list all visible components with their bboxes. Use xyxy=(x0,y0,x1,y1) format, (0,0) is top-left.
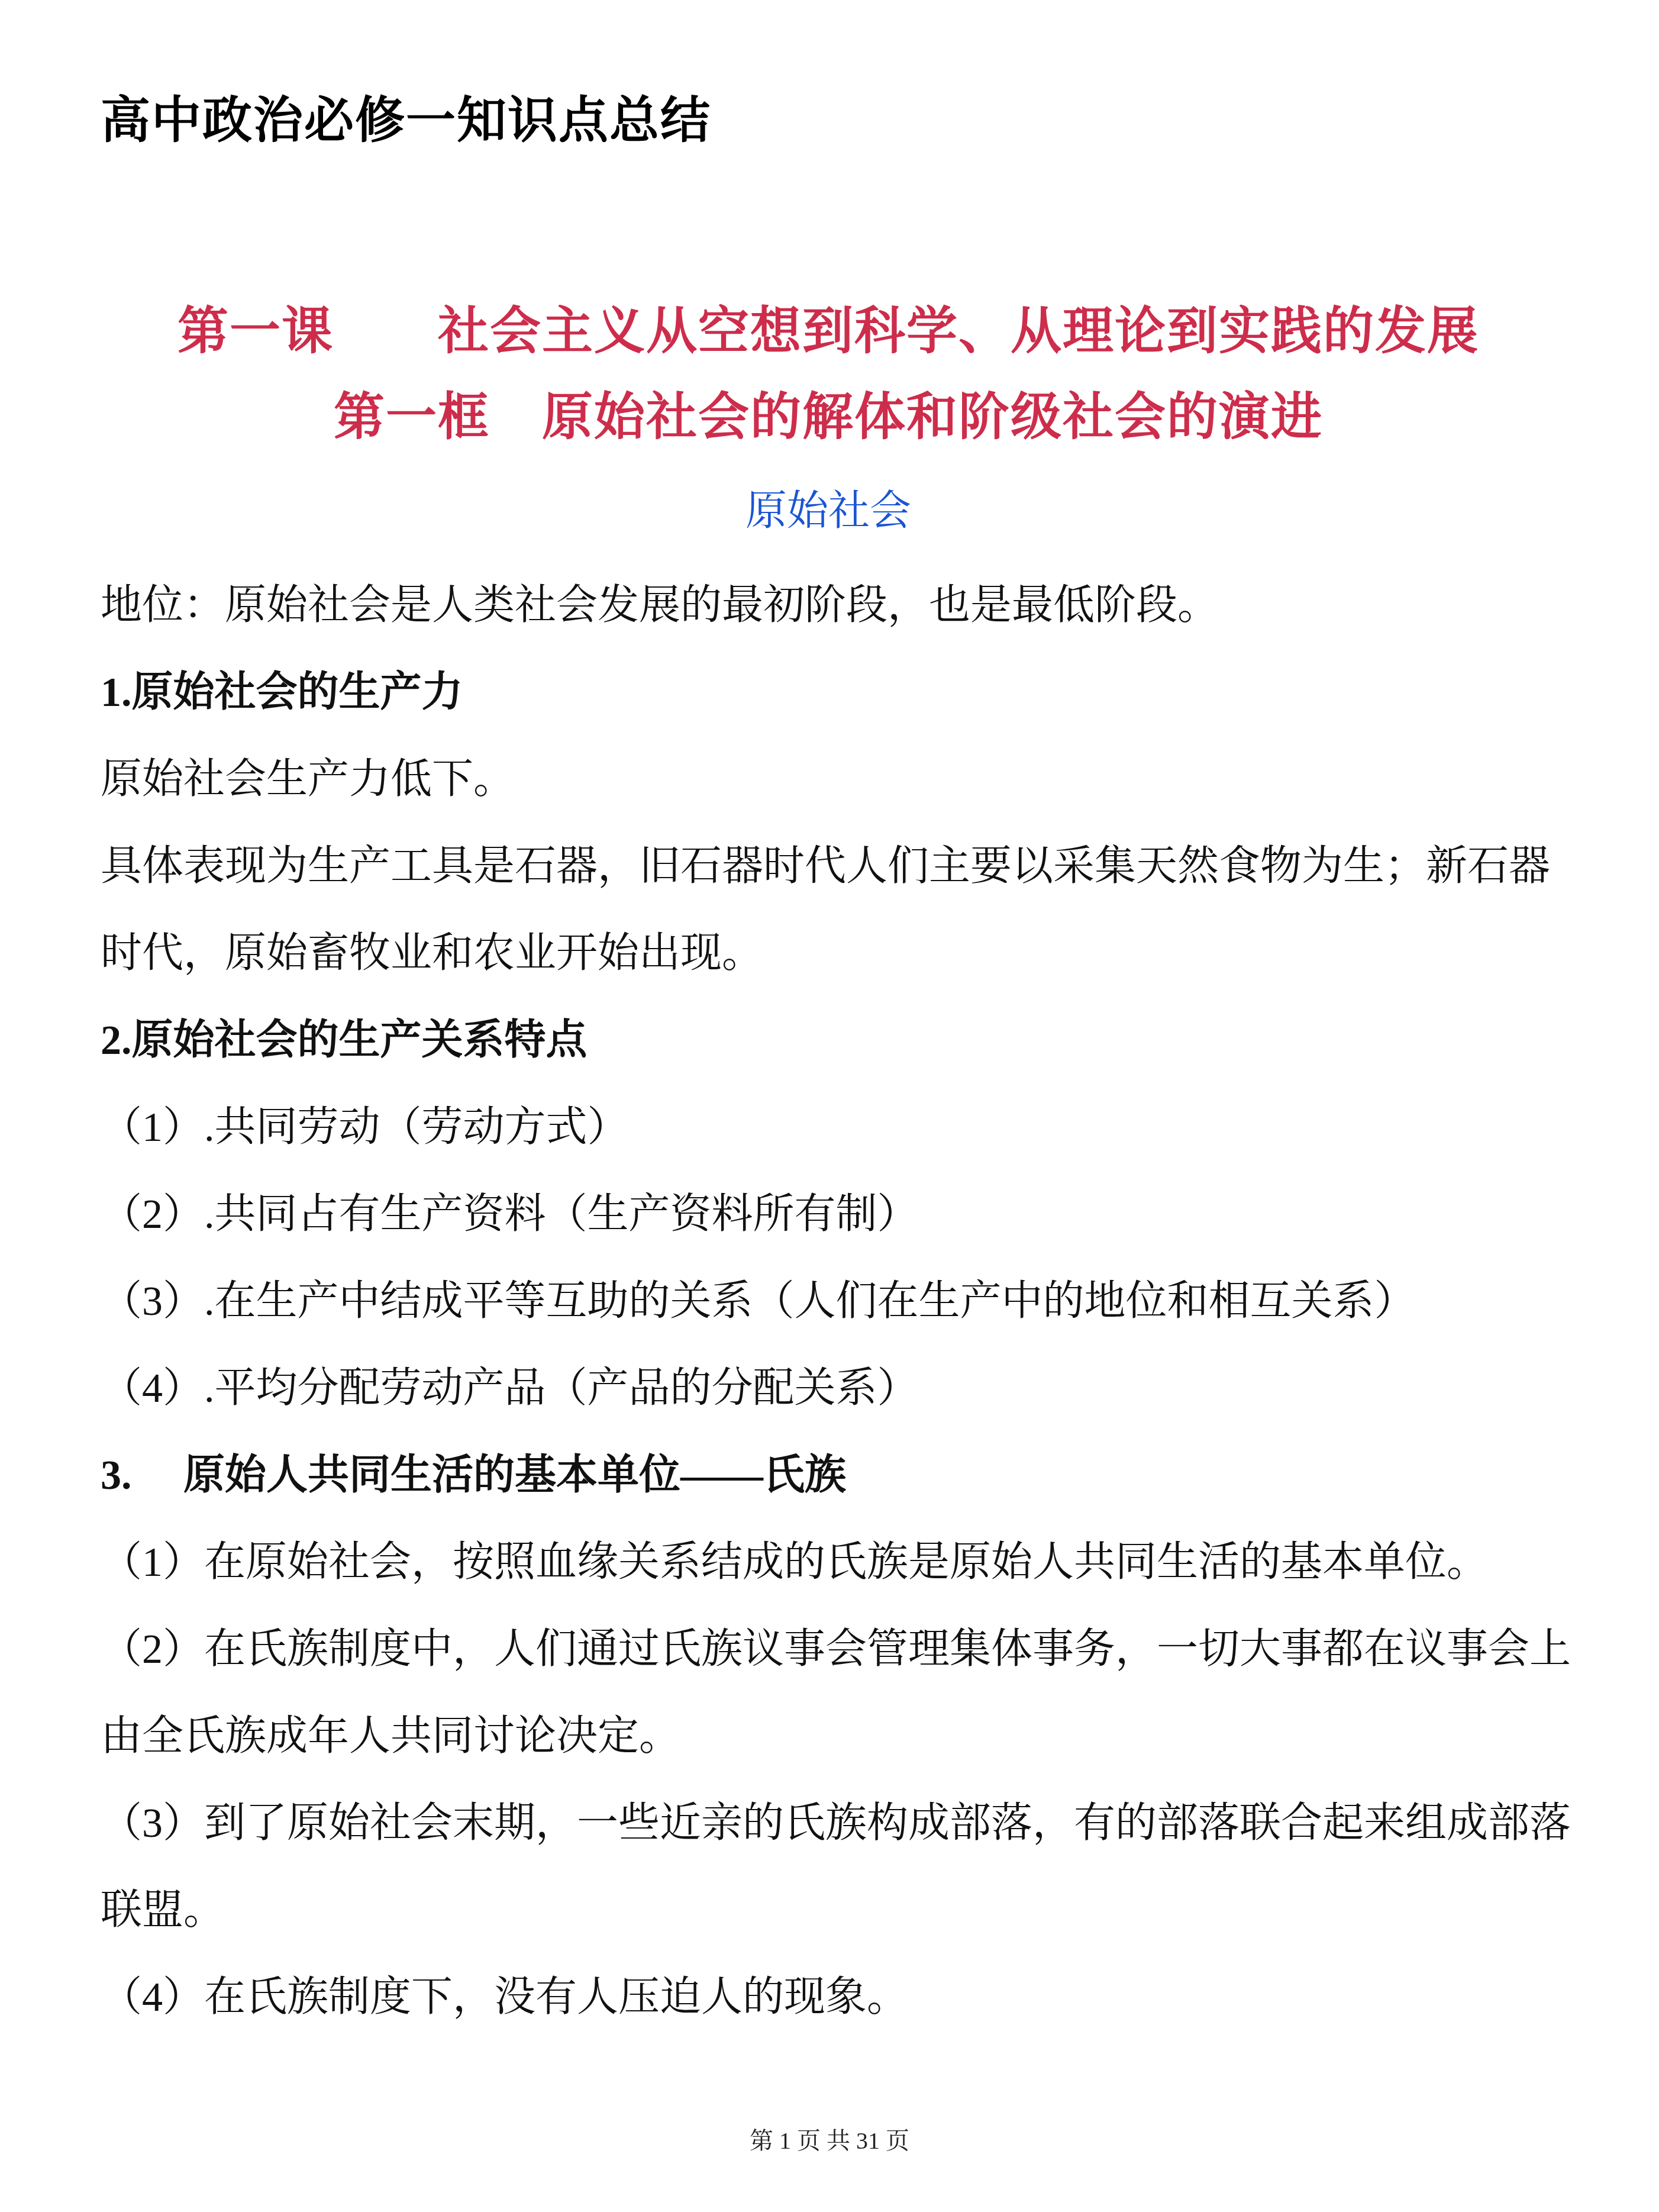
body-text-line: 2.原始社会的生产关系特点 xyxy=(101,997,1556,1084)
body-text-line: 时代，原始畜牧业和农业开始出现。 xyxy=(101,910,1556,997)
body-text-line: 由全氏族成年人共同讨论决定。 xyxy=(101,1693,1556,1780)
body-text-line: 3. 原始人共同生活的基本单位——氏族 xyxy=(101,1432,1556,1519)
body-text-line: 原始社会生产力低下。 xyxy=(101,736,1556,823)
body-text-line: （3）到了原始社会末期，一些近亲的氏族构成部落，有的部落联合起来组成部落 xyxy=(101,1780,1556,1867)
body-text-line: （1）.共同劳动（劳动方式） xyxy=(101,1084,1556,1171)
body-text-line: 1.原始社会的生产力 xyxy=(101,649,1556,736)
body-text-line: 具体表现为生产工具是石器，旧石器时代人们主要以采集天然食物为生；新石器 xyxy=(101,823,1556,910)
body-text-line: （3）.在生产中结成平等互助的关系（人们在生产中的地位和相互关系） xyxy=(101,1258,1556,1345)
body-text-line: 地位：原始社会是人类社会发展的最初阶段，也是最低阶段。 xyxy=(101,562,1556,649)
body-text-line: （2）在氏族制度中，人们通过氏族议事会管理集体事务，一切大事都在议事会上 xyxy=(101,1606,1556,1693)
page-number: 第 1 页 共 31 页 xyxy=(750,2127,909,2154)
body-text-line: （4）.平均分配劳动产品（产品的分配关系） xyxy=(101,1345,1556,1432)
body-text-line: （1）在原始社会，按照血缘关系结成的氏族是原始人共同生活的基本单位。 xyxy=(101,1519,1556,1606)
body-text-line: （4）在氏族制度下，没有人压迫人的现象。 xyxy=(101,1954,1556,2041)
document-body: 地位：原始社会是人类社会发展的最初阶段，也是最低阶段。1.原始社会的生产力原始社… xyxy=(101,562,1556,2041)
doc-title: 高中政治必修一知识点总结 xyxy=(101,89,1556,154)
lesson-heading: 第一课 社会主义从空想到科学、从理论到实践的发展 xyxy=(101,296,1556,367)
body-text-line: （2）.共同占有生产资料（生产资料所有制） xyxy=(101,1171,1556,1258)
page-footer: 第 1 页 共 31 页 xyxy=(0,2122,1659,2156)
section-subtitle: 原始社会 xyxy=(101,485,1556,539)
document-page: 高中政治必修一知识点总结 第一课 社会主义从空想到科学、从理论到实践的发展 第一… xyxy=(0,0,1659,2212)
frame-heading: 第一框 原始社会的解体和阶级社会的演进 xyxy=(101,382,1556,453)
body-text-line: 联盟。 xyxy=(101,1867,1556,1954)
